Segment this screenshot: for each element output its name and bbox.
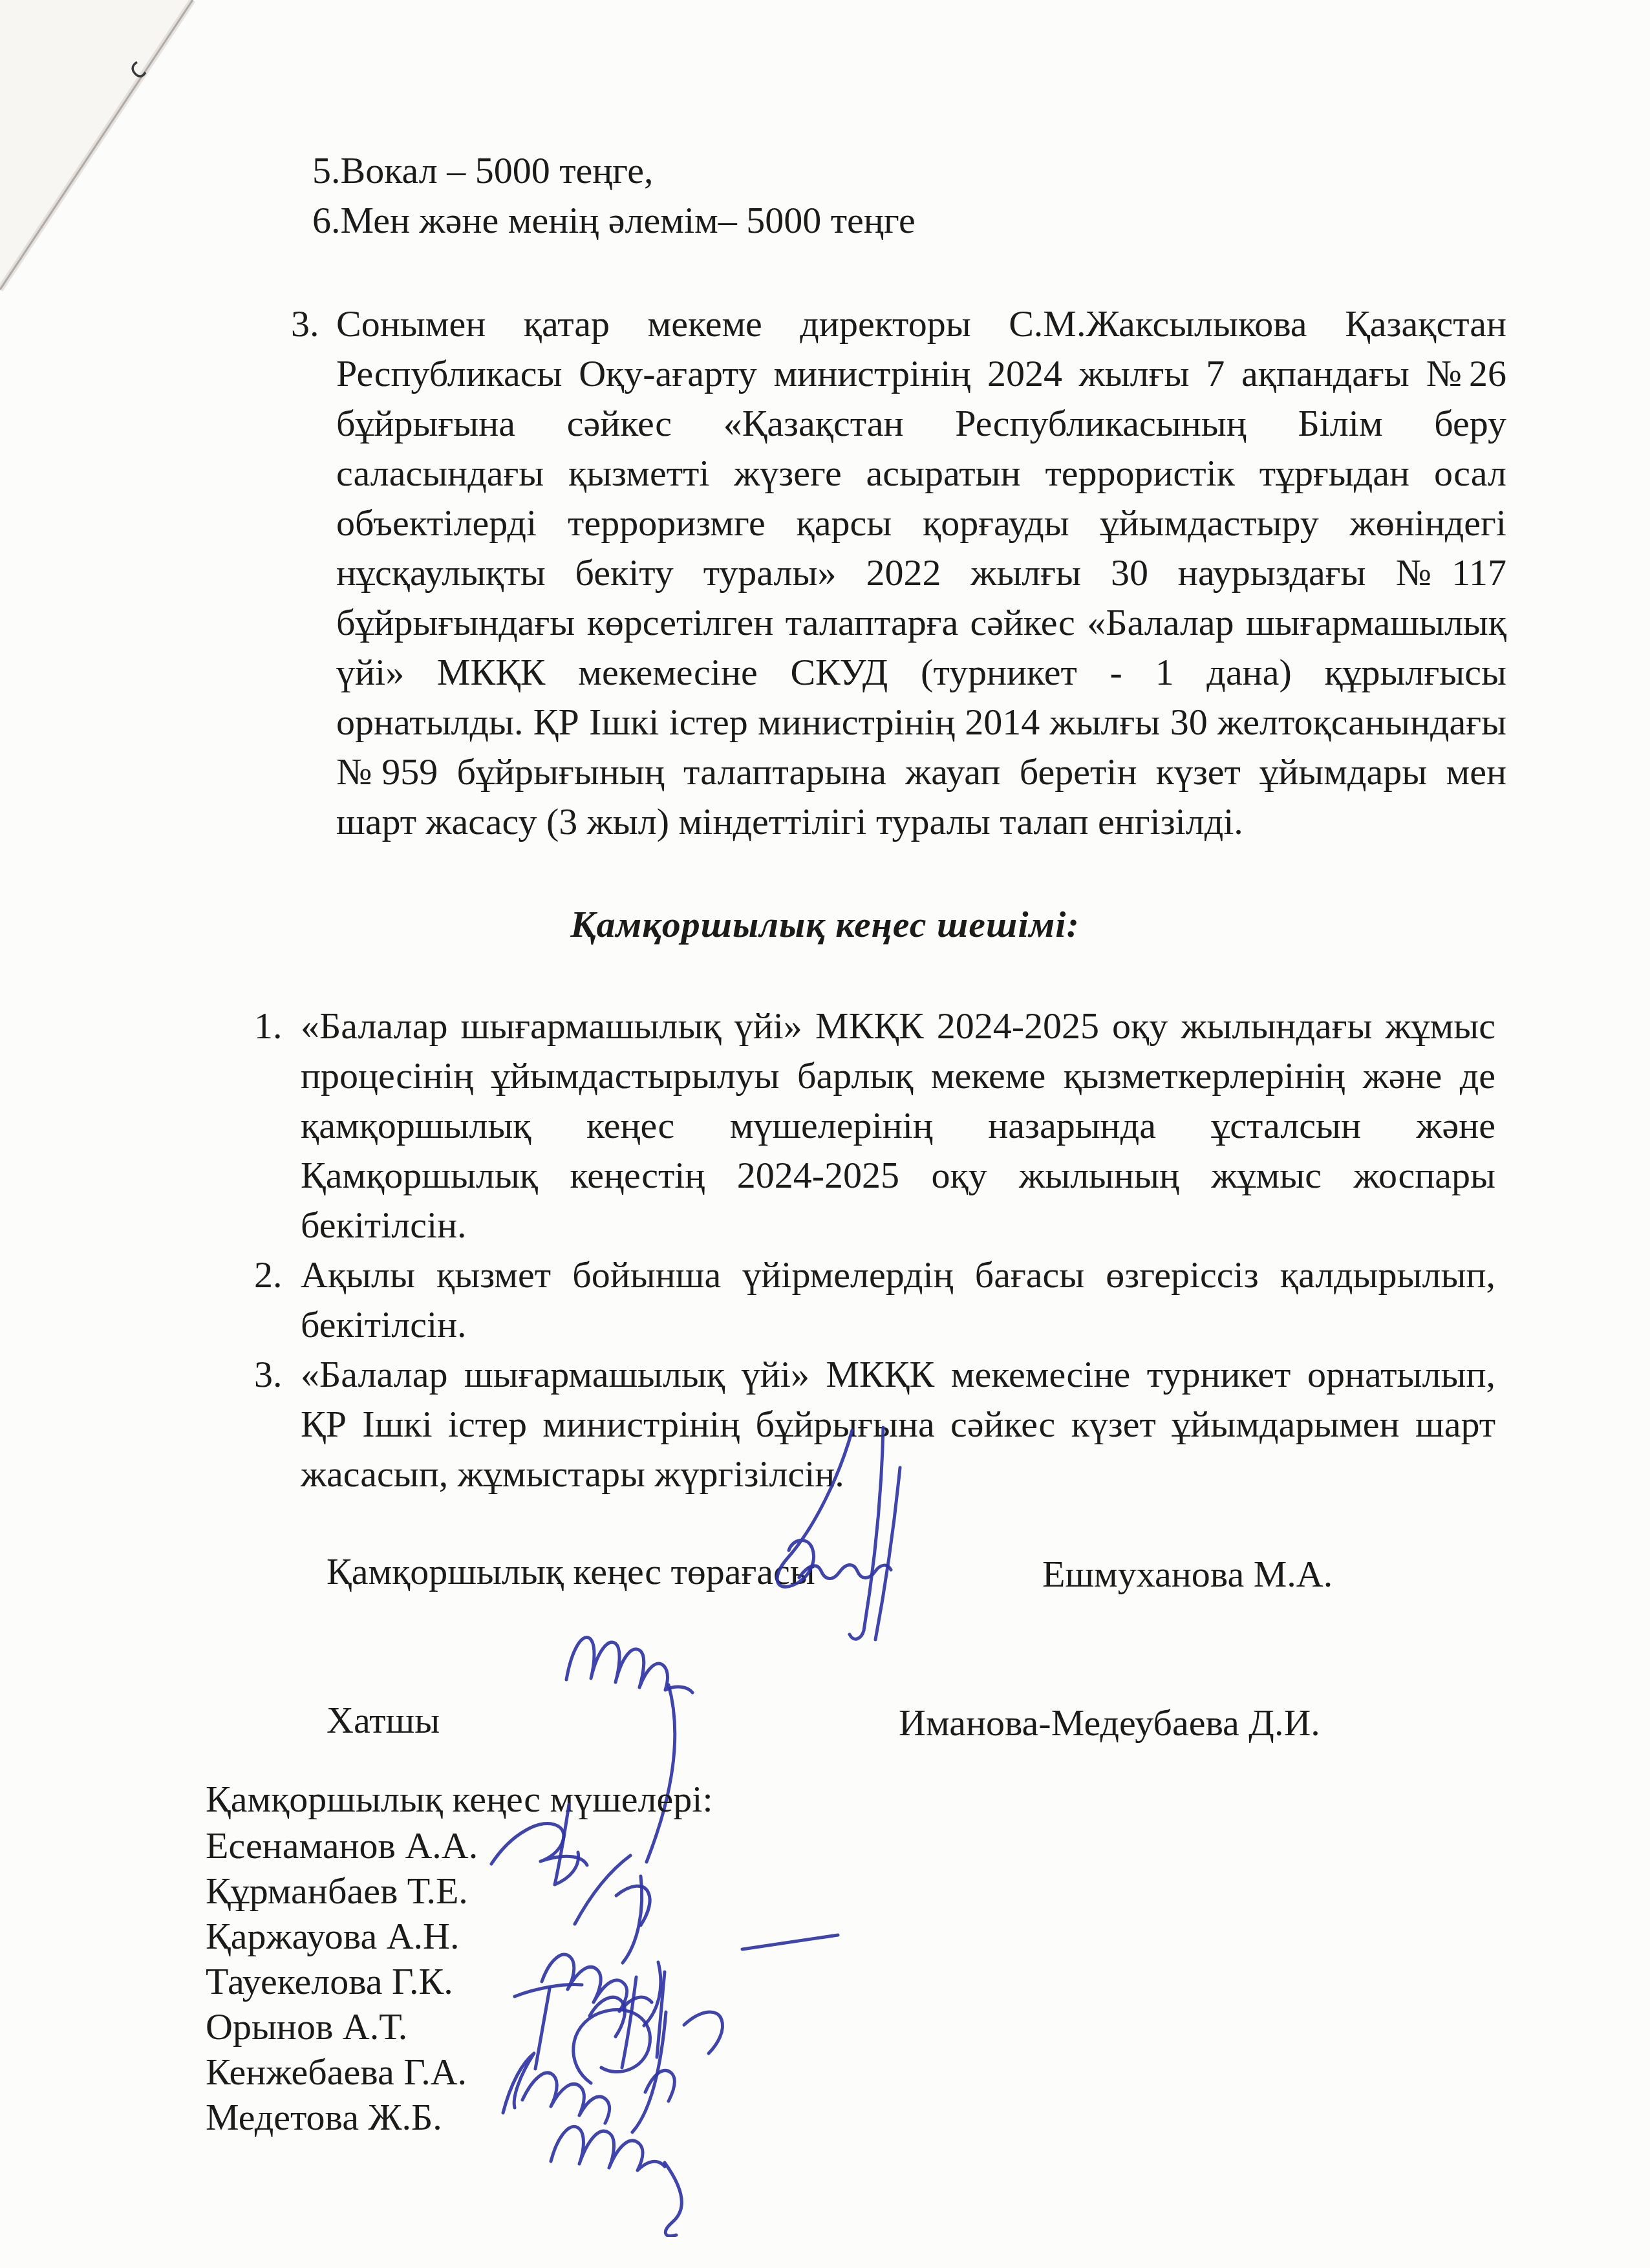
fee-list-item: 5.Вокал – 5000 теңге, xyxy=(312,145,916,195)
page-fold-crease xyxy=(0,0,207,304)
member-signature-medetova xyxy=(535,2079,846,2237)
decision-item: 1. «Балалар шығармашылық үйі» МКҚК 2024-… xyxy=(254,1001,1495,1250)
decision-item-number: 2. xyxy=(254,1250,301,1349)
member-name: Құрманбаев Т.Е. xyxy=(206,1868,478,1914)
secretary-name: Иманова-Медеубаева Д.И. xyxy=(899,1698,1320,1748)
paragraph-text: Сонымен қатар мекеме директоры С.М.Жаксы… xyxy=(336,299,1506,846)
member-name: Есенаманов А.А. xyxy=(206,1823,478,1868)
fee-list-item: 6.Мен және менің әлемім– 5000 теңге xyxy=(312,195,916,245)
decision-item: 2. Ақылы қызмет бойынша үйірмелердің бағ… xyxy=(254,1250,1495,1349)
resolution-paragraph: 3. Сонымен қатар мекеме директоры С.М.Жа… xyxy=(291,299,1506,846)
member-name: Қаржауова А.Н. xyxy=(206,1914,478,1959)
decision-item-text: «Балалар шығармашылық үйі» МКҚК 2024-202… xyxy=(301,1001,1495,1250)
decision-heading: Қамқоршылық кеңес шешімі: xyxy=(0,903,1650,946)
decision-item-number: 1. xyxy=(254,1001,301,1250)
member-name: Орынов А.Т. xyxy=(206,2004,478,2049)
paragraph-number: 3. xyxy=(291,299,336,846)
chairman-signature xyxy=(737,1422,944,1645)
document-page: 5.Вокал – 5000 теңге, 6.Мен және менің ә… xyxy=(0,0,1650,2268)
fee-list: 5.Вокал – 5000 теңге, 6.Мен және менің ә… xyxy=(312,145,916,245)
member-name: Медетова Ж.Б. xyxy=(206,2095,478,2140)
chairman-name: Ешмуханова М.А. xyxy=(1042,1549,1333,1599)
member-name: Тауекелова Г.К. xyxy=(206,1959,478,2004)
members-list: Есенаманов А.А. Құрманбаев Т.Е. Қаржауов… xyxy=(206,1823,478,2140)
member-name: Кенжебаева Г.А. xyxy=(206,2049,478,2095)
decision-item-text: Ақылы қызмет бойынша үйірмелердің бағасы… xyxy=(301,1250,1495,1349)
decision-item-number: 3. xyxy=(254,1349,301,1499)
secretary-role-label: Хатшы xyxy=(327,1695,440,1745)
